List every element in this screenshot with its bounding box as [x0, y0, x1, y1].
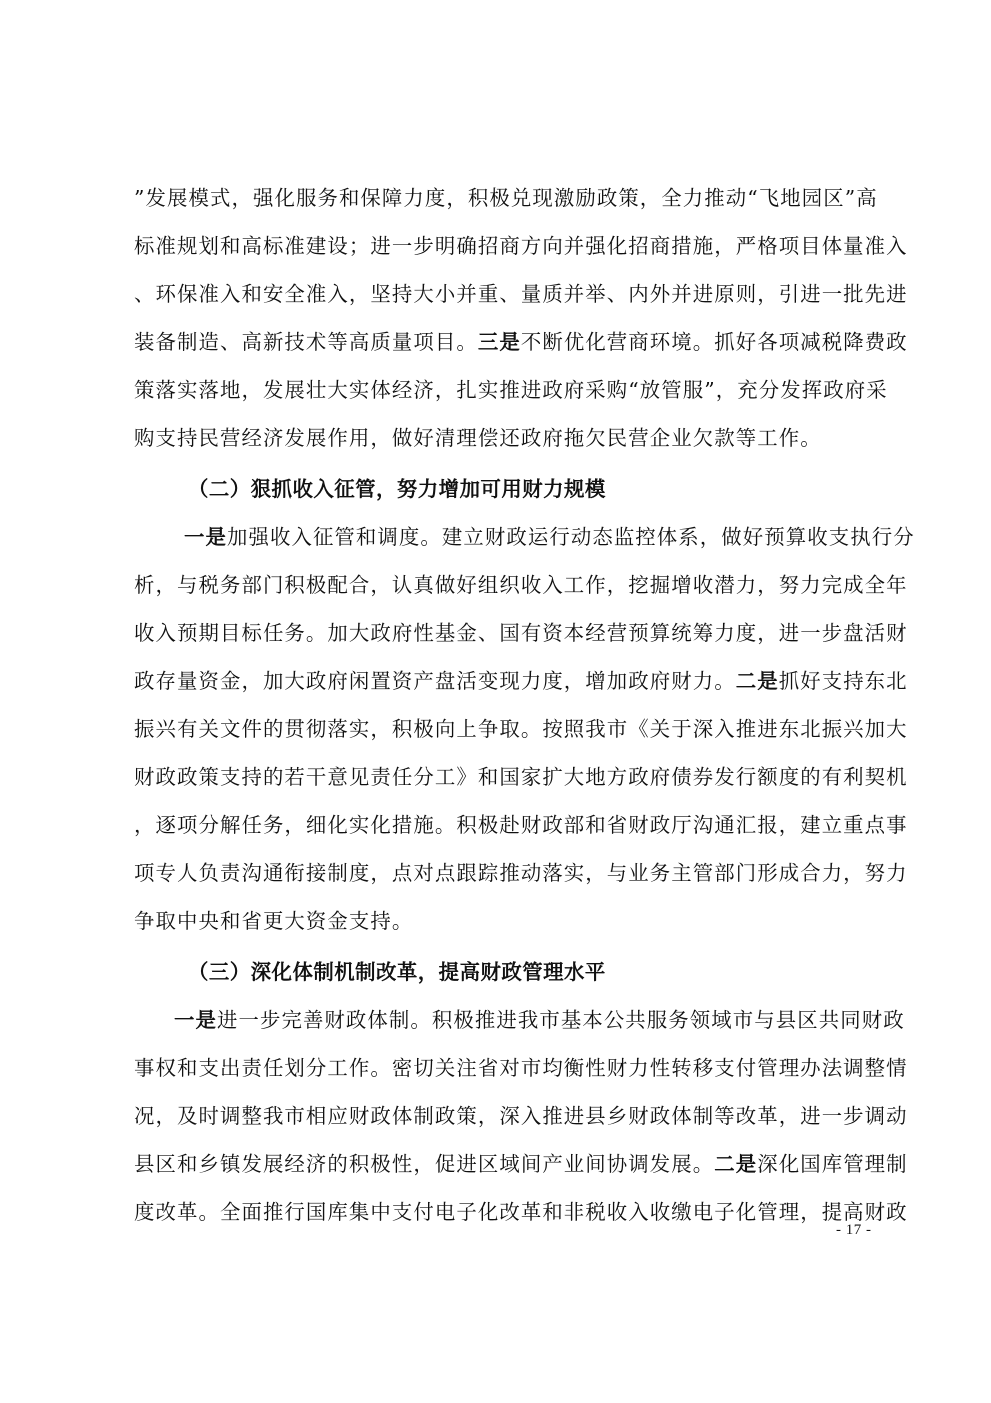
emphasis-text: 三是	[478, 330, 521, 354]
text-line: 策落实落地，发展壮大实体经济，扎实推进政府采购“放管服”，充分发挥政府采	[134, 375, 856, 405]
emphasis-text: 二是	[736, 669, 779, 693]
text-span: 振兴有关文件的贯彻落实，积极向上争取。按照我市《关于深入推进东北振兴加大	[134, 717, 908, 741]
text-line: 况，及时调整我市相应财政体制政策，深入推进县乡财政体制等改革，进一步调动	[134, 1101, 856, 1131]
text-line: 振兴有关文件的贯彻落实，积极向上争取。按照我市《关于深入推进东北振兴加大	[134, 714, 856, 744]
text-span: 况，及时调整我市相应财政体制政策，深入推进县乡财政体制等改革，进一步调动	[134, 1104, 908, 1128]
text-line: 购支持民营经济发展作用，做好清理偿还政府拖欠民营企业欠款等工作。	[134, 423, 856, 453]
text-line: 一是进一步完善财政体制。积极推进我市基本公共服务领域市与县区共同财政	[174, 1005, 856, 1035]
text-span: 县区和乡镇发展经济的积极性，促进区域间产业间协调发展。	[134, 1152, 714, 1176]
text-span: 财政政策支持的若干意见责任分工》和国家扩大地方政府债券发行额度的有利契机	[134, 765, 908, 789]
text-span: 争取中央和省更大资金支持。	[134, 909, 413, 933]
text-line: 县区和乡镇发展经济的积极性，促进区域间产业间协调发展。二是深化国库管理制	[134, 1149, 856, 1179]
text-span: 事权和支出责任划分工作。密切关注省对市均衡性财力性转移支付管理办法调整情	[134, 1056, 908, 1080]
text-span: 政存量资金，加大政府闲置资产盘活变现力度，增加政府财力。	[134, 669, 736, 693]
text-span: ”发展模式，强化服务和保障力度，积极兑现激励政策，全力推动“飞地园区”高	[134, 186, 878, 210]
text-span: 进一步完善财政体制。积极推进我市基本公共服务领域市与县区共同财政	[217, 1008, 905, 1032]
emphasis-text: 二是	[714, 1152, 757, 1176]
text-line: 一是加强收入征管和调度。建立财政运行动态监控体系，做好预算收支执行分	[184, 522, 856, 552]
text-line: 财政政策支持的若干意见责任分工》和国家扩大地方政府债券发行额度的有利契机	[134, 762, 856, 792]
emphasis-text: 一是	[184, 525, 227, 549]
text-line: 标准规划和高标准建设；进一步明确招商方向并强化招商措施，严格项目体量准入	[134, 231, 856, 261]
text-span: 装备制造、高新技术等高质量项目。	[134, 330, 478, 354]
text-line: 装备制造、高新技术等高质量项目。三是不断优化营商环境。抓好各项减税降费政	[134, 327, 856, 357]
page-number: - 17 -	[836, 1222, 872, 1239]
text-span: 、环保准入和安全准入，坚持大小并重、量质并举、内外并进原则，引进一批先进	[134, 282, 908, 306]
text-line: 、环保准入和安全准入，坚持大小并重、量质并举、内外并进原则，引进一批先进	[134, 279, 856, 309]
text-line: 争取中央和省更大资金支持。	[134, 906, 856, 936]
text-span: （二）狠抓收入征管，努力增加可用财力规模	[188, 477, 606, 501]
text-span: 加强收入征管和调度。建立财政运行动态监控体系，做好预算收支执行分	[227, 525, 915, 549]
text-line: 度改革。全面推行国库集中支付电子化改革和非税收入收缴电子化管理，提高财政	[134, 1197, 856, 1227]
document-page: ”发展模式，强化服务和保障力度，积极兑现激励政策，全力推动“飞地园区”高标准规划…	[0, 0, 991, 1403]
text-line: 项专人负责沟通衔接制度，点对点跟踪推动落实，与业务主管部门形成合力，努力	[134, 858, 856, 888]
emphasis-text: 一是	[174, 1008, 217, 1032]
text-span: （三）深化体制机制改革，提高财政管理水平	[188, 960, 606, 984]
text-line: ，逐项分解任务，细化实化措施。积极赴财政部和省财政厅沟通汇报，建立重点事	[134, 810, 856, 840]
text-span: 标准规划和高标准建设；进一步明确招商方向并强化招商措施，严格项目体量准入	[134, 234, 908, 258]
text-line: 事权和支出责任划分工作。密切关注省对市均衡性财力性转移支付管理办法调整情	[134, 1053, 856, 1083]
text-line: 收入预期目标任务。加大政府性基金、国有资本经营预算统筹力度，进一步盘活财	[134, 618, 856, 648]
text-span: 项专人负责沟通衔接制度，点对点跟踪推动落实，与业务主管部门形成合力，努力	[134, 861, 908, 885]
text-span: 抓好支持东北	[779, 669, 908, 693]
section-heading: （三）深化体制机制改革，提高财政管理水平	[188, 957, 606, 987]
text-line: 政存量资金，加大政府闲置资产盘活变现力度，增加政府财力。二是抓好支持东北	[134, 666, 856, 696]
text-span: 收入预期目标任务。加大政府性基金、国有资本经营预算统筹力度，进一步盘活财	[134, 621, 908, 645]
text-line: 析，与税务部门积极配合，认真做好组织收入工作，挖掘增收潜力，努力完成全年	[134, 570, 856, 600]
text-span: 购支持民营经济发展作用，做好清理偿还政府拖欠民营企业欠款等工作。	[134, 426, 822, 450]
text-span: 度改革。全面推行国库集中支付电子化改革和非税收入收缴电子化管理，提高财政	[134, 1200, 908, 1224]
text-span: 深化国库管理制	[757, 1152, 907, 1176]
text-span: 析，与税务部门积极配合，认真做好组织收入工作，挖掘增收潜力，努力完成全年	[134, 573, 908, 597]
text-span: 不断优化营商环境。抓好各项减税降费政	[521, 330, 908, 354]
text-span: 策落实落地，发展壮大实体经济，扎实推进政府采购“放管服”，充分发挥政府采	[134, 378, 888, 402]
text-span: ，逐项分解任务，细化实化措施。积极赴财政部和省财政厅沟通汇报，建立重点事	[134, 813, 908, 837]
text-line: ”发展模式，强化服务和保障力度，积极兑现激励政策，全力推动“飞地园区”高	[134, 183, 856, 213]
section-heading: （二）狠抓收入征管，努力增加可用财力规模	[188, 474, 606, 504]
